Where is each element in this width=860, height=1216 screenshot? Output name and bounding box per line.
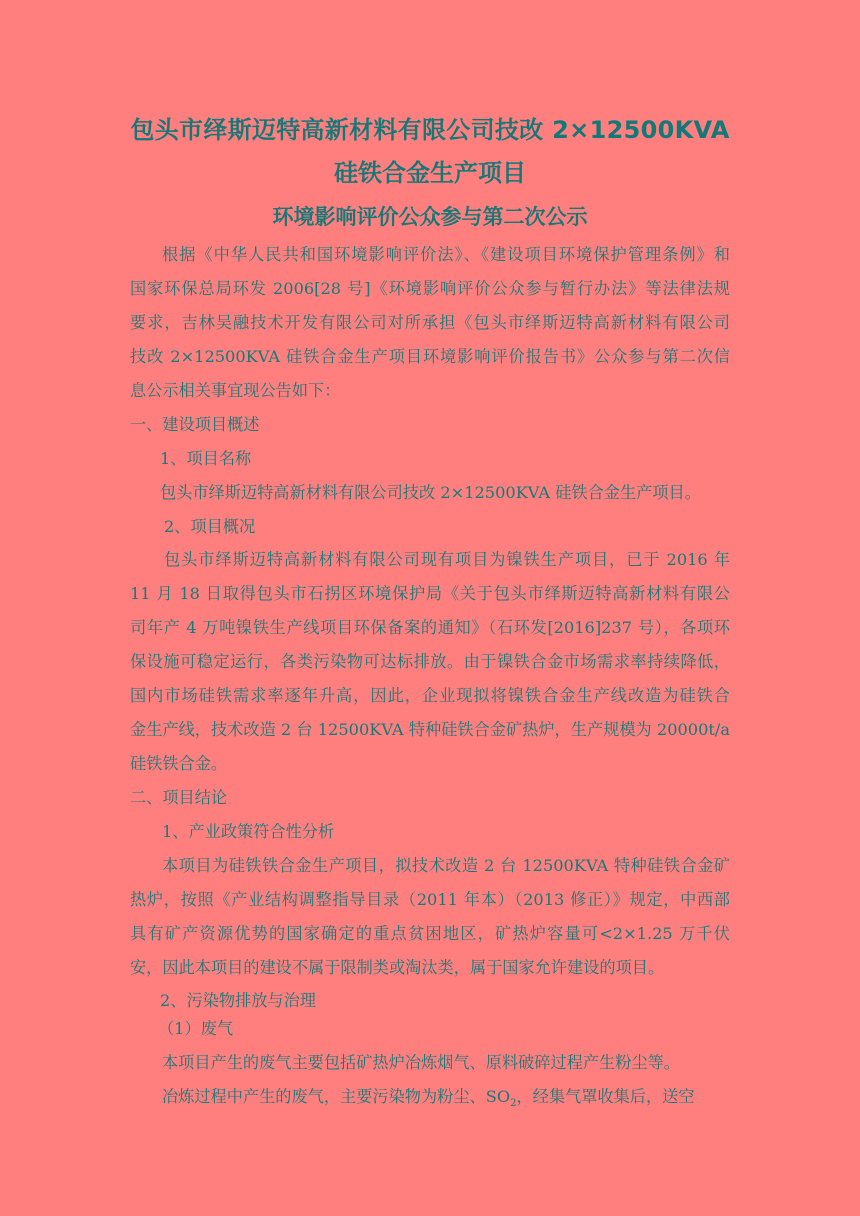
policy-paragraph-line: 具有矿产资源优势的国家确定的重点贫困地区，矿热炉容量可<2×1.25 万千伏 bbox=[130, 923, 730, 945]
subsection-heading: 1、项目名称 bbox=[160, 448, 760, 470]
section-heading: 二、项目结论 bbox=[130, 787, 730, 809]
subsection-heading: 1、产业政策符合性分析 bbox=[162, 821, 762, 843]
policy-paragraph-line: 安，因此本项目的建设不属于限制类或淘汰类，属于国家允许建设的项目。 bbox=[130, 957, 730, 979]
exhaust-paragraph-line: 本项目产生的废气主要包括矿热炉冶炼烟气、原料破碎过程产生粉尘等。 bbox=[162, 1052, 762, 1074]
overview-paragraph-line: 金生产线，技术改造 2 台 12500KVA 特种硅铁合金矿热炉，生产规模为 2… bbox=[130, 719, 730, 741]
overview-paragraph-line: 国内市场硅铁需求率逐年升高，因此，企业现拟将镍铁合金生产线改造为硅铁合 bbox=[130, 685, 730, 707]
intro-paragraph-line: 国家环保总局环发 2006[28 号]《环境影响评价公众参与暂行办法》等法律法规 bbox=[130, 278, 730, 300]
exhaust-text-part: ，经集气罩收集后，送空 bbox=[516, 1087, 694, 1106]
overview-paragraph-line: 硅铁铁合金。 bbox=[130, 753, 730, 775]
document-title: 包头市绎斯迈特高新材料有限公司技改 2×12500KVA bbox=[0, 112, 860, 148]
overview-paragraph-line: 11 月 18 日取得包头市石拐区环境保护局《关于包头市绎斯迈特高新材料有限公 bbox=[130, 583, 730, 605]
intro-paragraph-line: 技改 2×12500KVA 硅铁合金生产项目环境影响评价报告书》公众参与第二次信 bbox=[130, 346, 730, 368]
overview-paragraph-line: 司年产 4 万吨镍铁生产线项目环保备案的通知》（石环发[2016]237 号），… bbox=[130, 617, 730, 639]
subsection-heading: 2、污染物排放与治理 bbox=[160, 990, 760, 1012]
overview-paragraph-line: 保设施可稳定运行，各类污染物可达标排放。由于镍铁合金市场需求率持续降低， bbox=[130, 651, 730, 673]
intro-paragraph-line: 要求，吉林吴融技术开发有限公司对所承担《包头市绎斯迈特高新材料有限公司 bbox=[130, 312, 730, 334]
exhaust-paragraph-line: 冶炼过程中产生的废气，主要污染物为粉尘、SO2，经集气罩收集后，送空 bbox=[162, 1086, 762, 1115]
sub-item-heading: （1）废气 bbox=[158, 1018, 758, 1040]
project-name-text: 包头市绎斯迈特高新材料有限公司技改 2×12500KVA 硅铁合金生产项目。 bbox=[160, 482, 760, 504]
section-heading: 一、建设项目概述 bbox=[130, 414, 730, 436]
intro-paragraph-line: 息公示相关事宜现公告如下： bbox=[130, 380, 730, 402]
intro-paragraph-line: 根据《中华人民共和国环境影响评价法》、《建设项目环境保护管理条例》和 bbox=[162, 244, 730, 266]
policy-paragraph-line: 本项目为硅铁铁合金生产项目，拟技术改造 2 台 12500KVA 特种硅铁合金矿 bbox=[162, 855, 730, 877]
exhaust-text-part: 冶炼过程中产生的废气，主要污染物为粉尘、SO bbox=[162, 1087, 510, 1106]
overview-paragraph-line: 包头市绎斯迈特高新材料有限公司现有项目为镍铁生产项目，已于 2016 年 bbox=[164, 549, 730, 571]
document-subtitle: 环境影响评价公众参与第二次公示 bbox=[0, 201, 860, 233]
subsection-heading: 2、项目概况 bbox=[164, 516, 764, 538]
policy-paragraph-line: 热炉，按照《产业结构调整指导目录（2011 年本）（2013 修正）》规定，中西… bbox=[130, 889, 730, 911]
document-title-line2: 硅铁合金生产项目 bbox=[0, 155, 860, 191]
